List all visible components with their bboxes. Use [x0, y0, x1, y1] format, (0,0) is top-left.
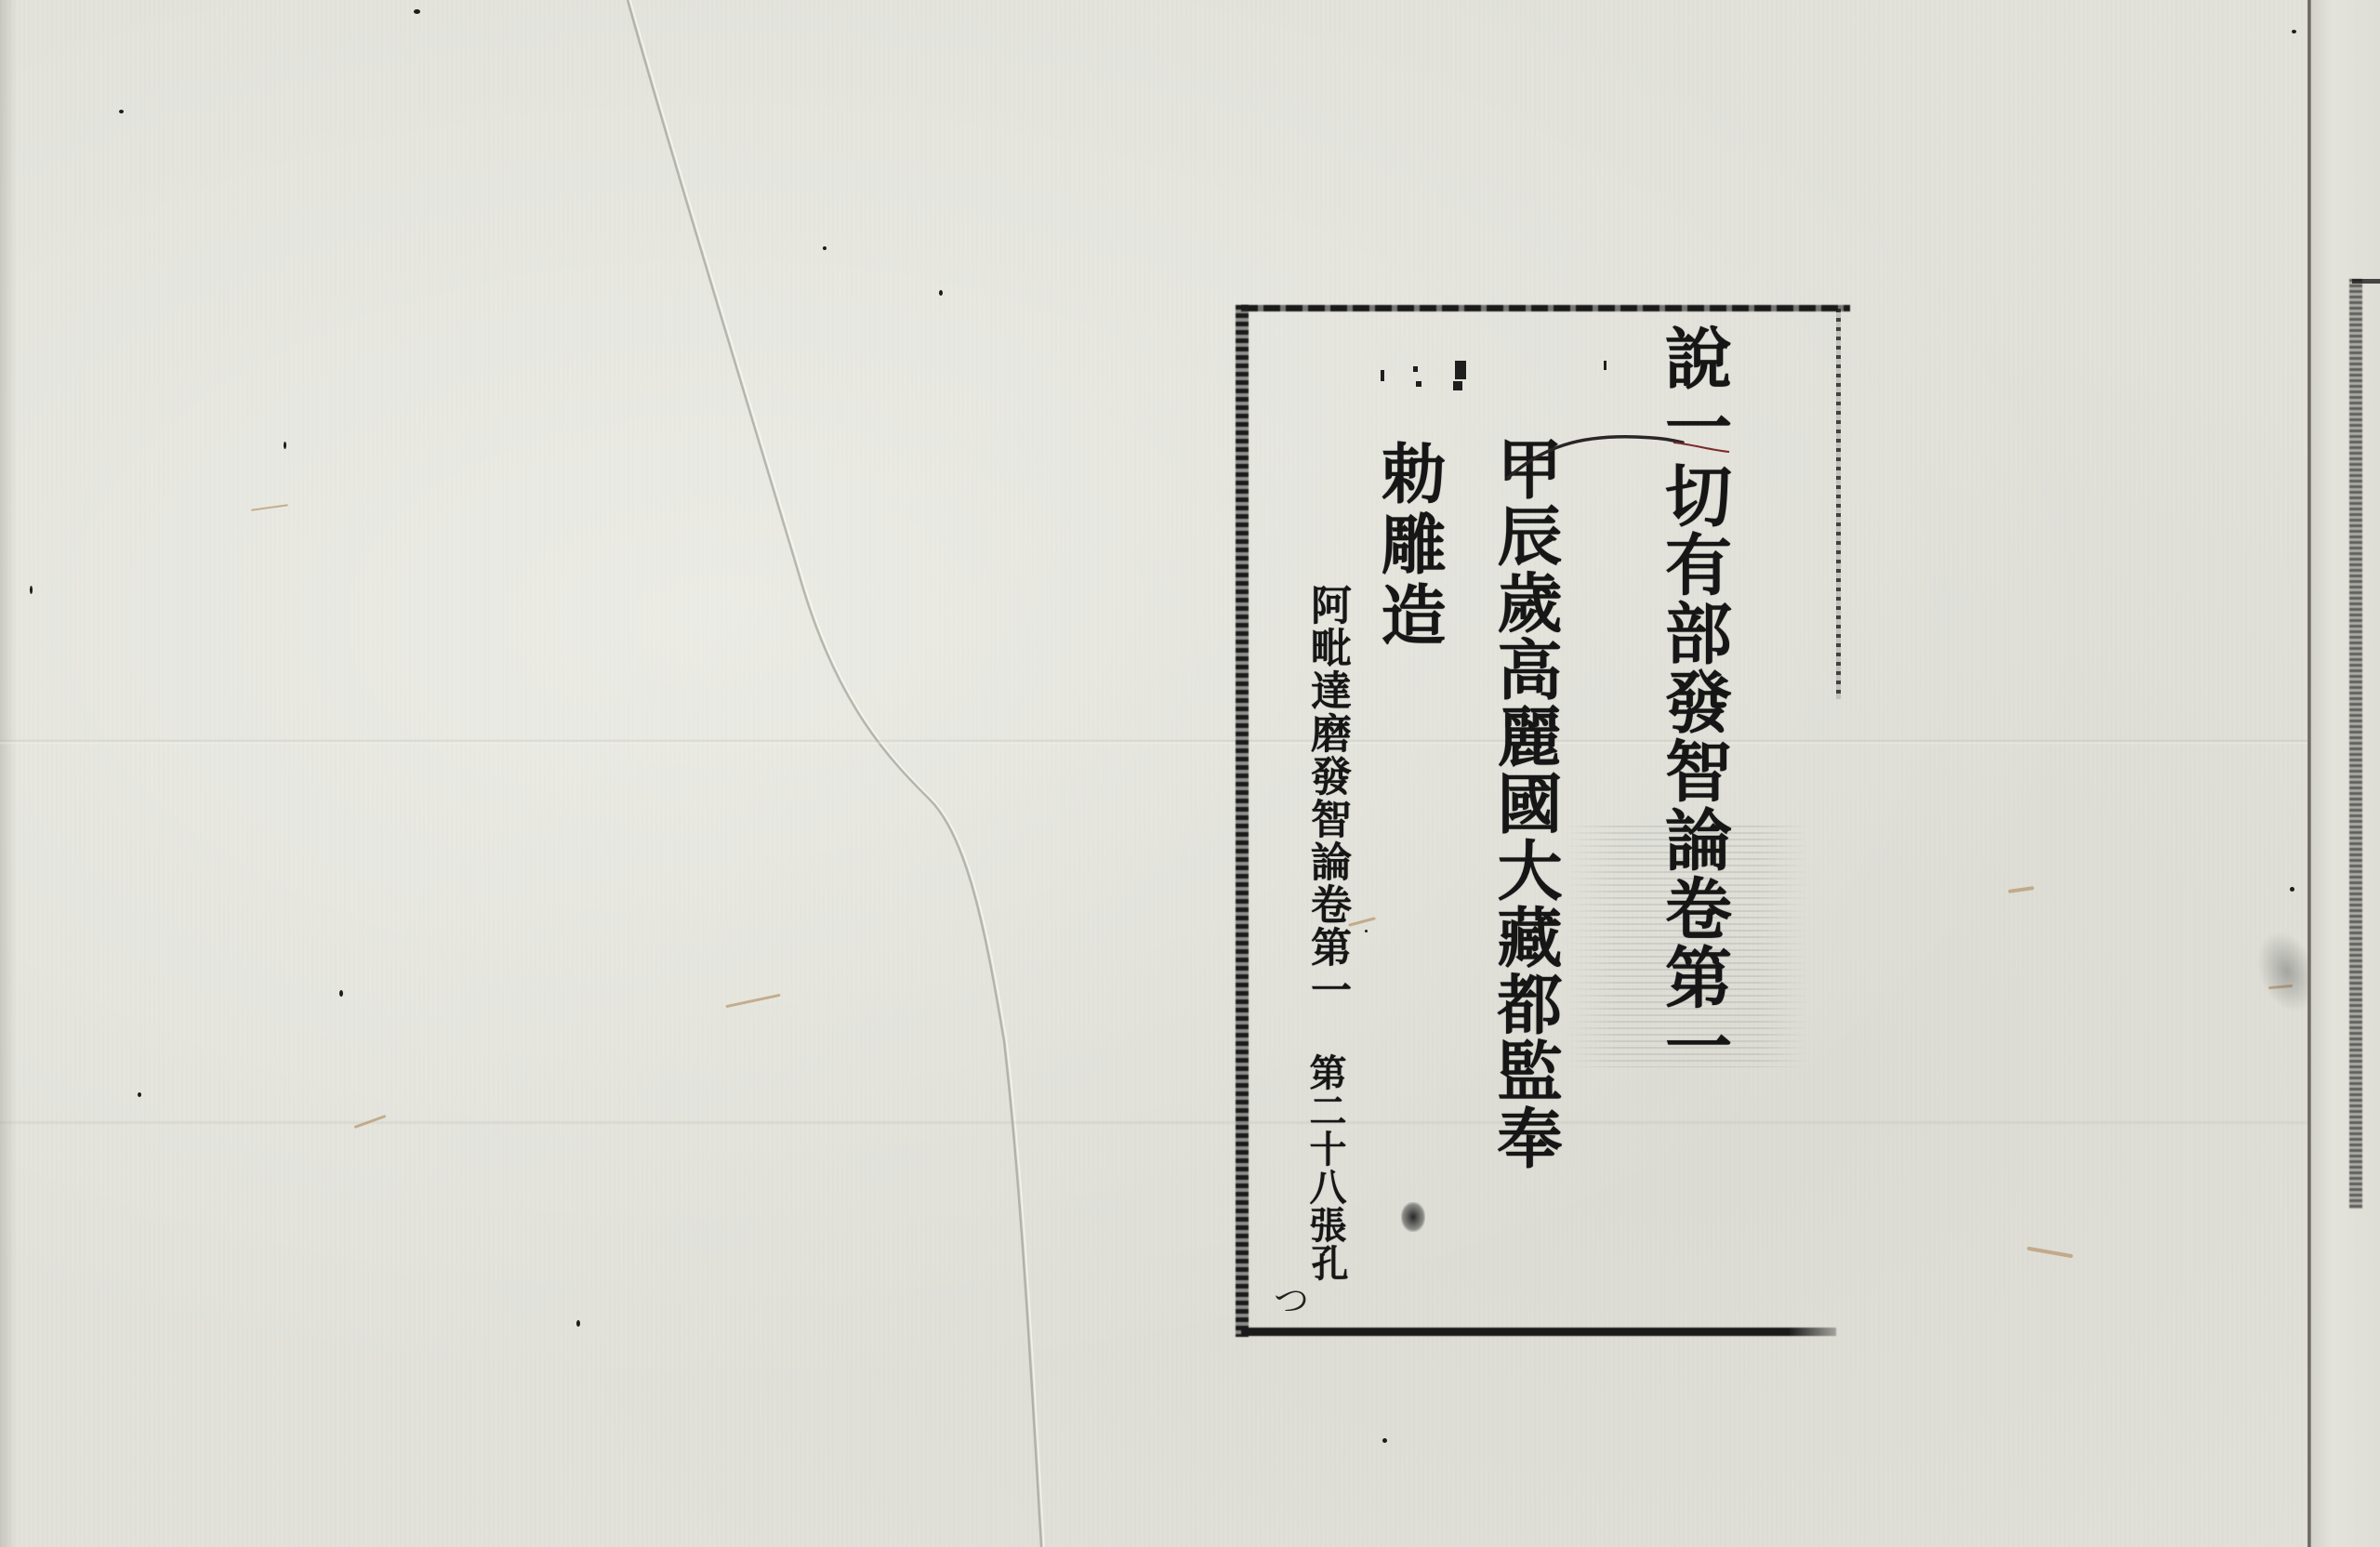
handwritten-pen-mark: [0, 0, 2380, 1547]
scanned-page: 說一切有部發智論卷第一 甲辰歲高麗國大藏都監奉 勅雕造 阿毗達磨發智論卷第一 第…: [0, 0, 2380, 1547]
sutra-title: 說一切有部發智論卷第一: [1659, 324, 1726, 1080]
paper-speck: [284, 442, 286, 449]
paper-speck: [1382, 1438, 1387, 1443]
paper-speck: [2292, 30, 2296, 33]
paper-fiber: [2027, 1247, 2073, 1259]
paper-speck: [939, 290, 943, 296]
paper-speck: [30, 586, 33, 594]
engraving-date-line: 甲辰歲高麗國大藏都監奉: [1492, 435, 1557, 1171]
paper-crease: [0, 0, 2380, 1547]
page-number-label: 第二十八張: [1306, 1053, 1343, 1244]
ink-marks: [1381, 361, 1520, 398]
paper-speck: [576, 1320, 580, 1327]
adjacent-leaf-frame-border: [2349, 279, 2362, 1209]
paper-speck: [339, 990, 343, 997]
frame-top-border: [1241, 305, 1850, 311]
paper-fiber: [2008, 886, 2034, 893]
frame-bottom-border: [1241, 1328, 1836, 1336]
paper-speck: [119, 110, 124, 113]
margin-mark: つ: [1274, 1272, 1309, 1323]
royal-edict-line: 勅雕造: [1376, 440, 1441, 652]
paper-speck: [823, 246, 826, 250]
paper-speck: [414, 9, 420, 14]
paper-fiber: [725, 994, 780, 1008]
paper-speck: [2290, 887, 2294, 892]
paper-speck: [138, 1092, 141, 1097]
frame-left-border: [1236, 305, 1249, 1337]
frame-right-border: [1836, 309, 1841, 699]
page-left-shadow: [0, 0, 17, 1547]
horizontal-fold: [0, 1120, 2315, 1125]
ink-blot: [1401, 1202, 1425, 1232]
carver-mark: 孔: [1308, 1244, 1345, 1281]
running-title: 阿毗達磨發智論卷第一: [1306, 584, 1347, 1011]
printed-frame: 說一切有部發智論卷第一 甲辰歲高麗國大藏都監奉 勅雕造 阿毗達磨發智論卷第一 第…: [1241, 305, 1836, 1335]
paper-fiber: [251, 504, 288, 511]
horizontal-fold: [0, 739, 2315, 745]
adjacent-leaf: [2311, 0, 2380, 1547]
